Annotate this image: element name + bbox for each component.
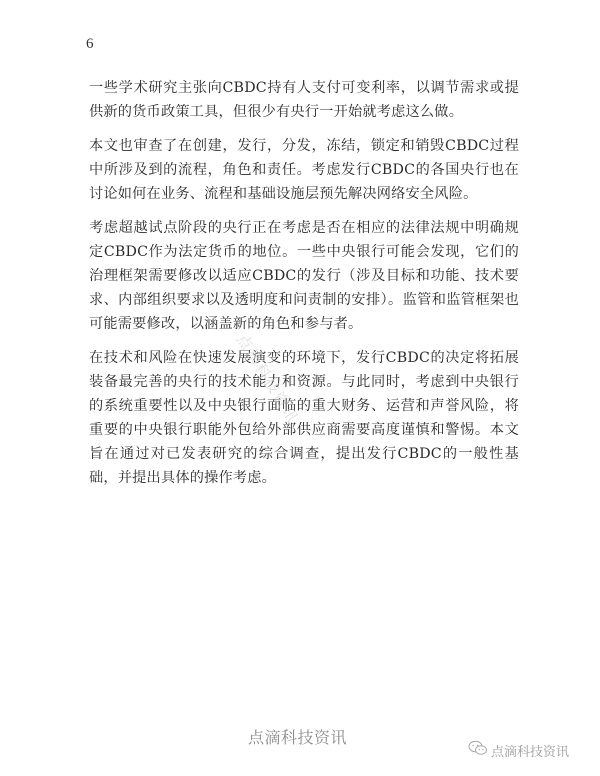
document-body: 一些学术研究主张向CBDC持有人支付可变利率，以调节需求或提供新的货币政策工具，… (89, 76, 519, 500)
paragraph: 本文也审查了在创建，发行，分发，冻结，锁定和销毁CBDC过程中所涉及到的流程，角… (89, 134, 519, 206)
wechat-icon (468, 740, 488, 760)
footer-brand: 点滴科技资讯 (468, 740, 569, 760)
page-number: 6 (86, 36, 94, 53)
paragraph: 考虑超越试点阶段的央行正在考虑是否在相应的法律法规中明确规定CBDC作为法定货币… (89, 216, 519, 336)
footer-source-label: 点滴科技资讯 (248, 725, 347, 748)
paragraph: 在技术和风险在快速发展演变的环境下，发行CBDC的决定将拓展装备最完善的央行的技… (89, 346, 519, 490)
footer-brand-label: 点滴科技资讯 (491, 741, 569, 760)
paragraph: 一些学术研究主张向CBDC持有人支付可变利率，以调节需求或提供新的货币政策工具，… (89, 76, 519, 124)
